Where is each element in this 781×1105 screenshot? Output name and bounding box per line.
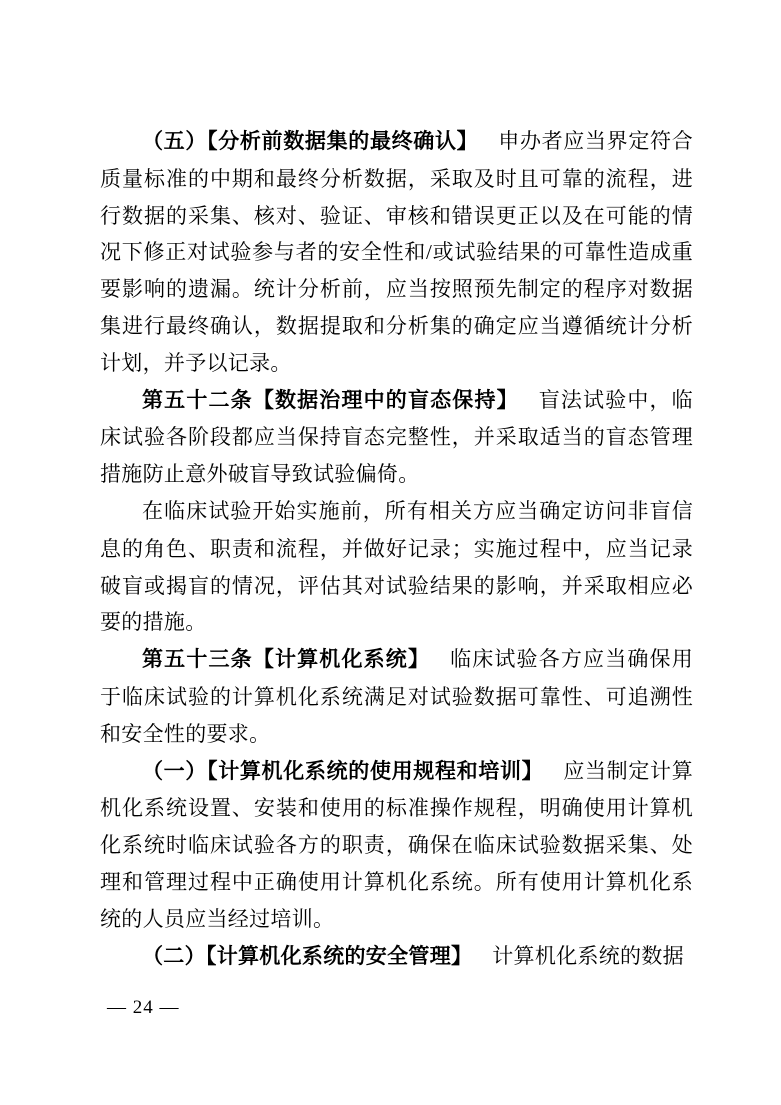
paragraph-heading: 第五十二条【数据治理中的盲态保持】 [142,389,519,412]
document-page: （五）【分析前数据集的最终确认】申办者应当界定符合质量标准的中期和最终分析数据，… [0,0,781,1105]
paragraph-heading: （二）【计算机化系统的安全管理】 [142,945,472,968]
page-number: — 24 — [107,997,180,1019]
paragraph-body: 计算机化系统的数据 [492,944,684,968]
paragraph-heading: 第五十三条【计算机化系统】 [142,648,430,671]
paragraph-body: 申办者应当界定符合质量标准的中期和最终分析数据，采取及时且可靠的流程，进行数据的… [100,129,693,375]
paragraph-heading: （一）【计算机化系统的使用规程和培训】 [142,760,543,783]
paragraph-article-53-computerized-systems: 第五十三条【计算机化系统】临床试验各方应当确保用于临床试验的计算机化系统满足对试… [100,641,693,752]
paragraph-item-2-system-security: （二）【计算机化系统的安全管理】计算机化系统的数据 [100,938,693,976]
paragraph-unblinding-procedures: 在临床试验开始实施前，所有相关方应当确定访问非盲信息的角色、职责和流程，并做好记… [100,493,693,641]
paragraph-item-5-final-dataset-confirmation: （五）【分析前数据集的最终确认】申办者应当界定符合质量标准的中期和最终分析数据，… [100,123,693,382]
paragraph-heading: （五）【分析前数据集的最终确认】 [142,130,478,153]
document-text-block: （五）【分析前数据集的最终确认】申办者应当界定符合质量标准的中期和最终分析数据，… [100,123,693,975]
paragraph-article-52-blinding-maintenance: 第五十二条【数据治理中的盲态保持】盲法试验中，临床试验各阶段都应当保持盲态完整性… [100,382,693,493]
paragraph-body: 应当制定计算机化系统设置、安装和使用的标准操作规程，明确使用计算机化系统时临床试… [100,759,693,931]
paragraph-item-1-system-sop-training: （一）【计算机化系统的使用规程和培训】应当制定计算机化系统设置、安装和使用的标准… [100,753,693,938]
paragraph-body: 在临床试验开始实施前，所有相关方应当确定访问非盲信息的角色、职责和流程，并做好记… [100,499,693,634]
